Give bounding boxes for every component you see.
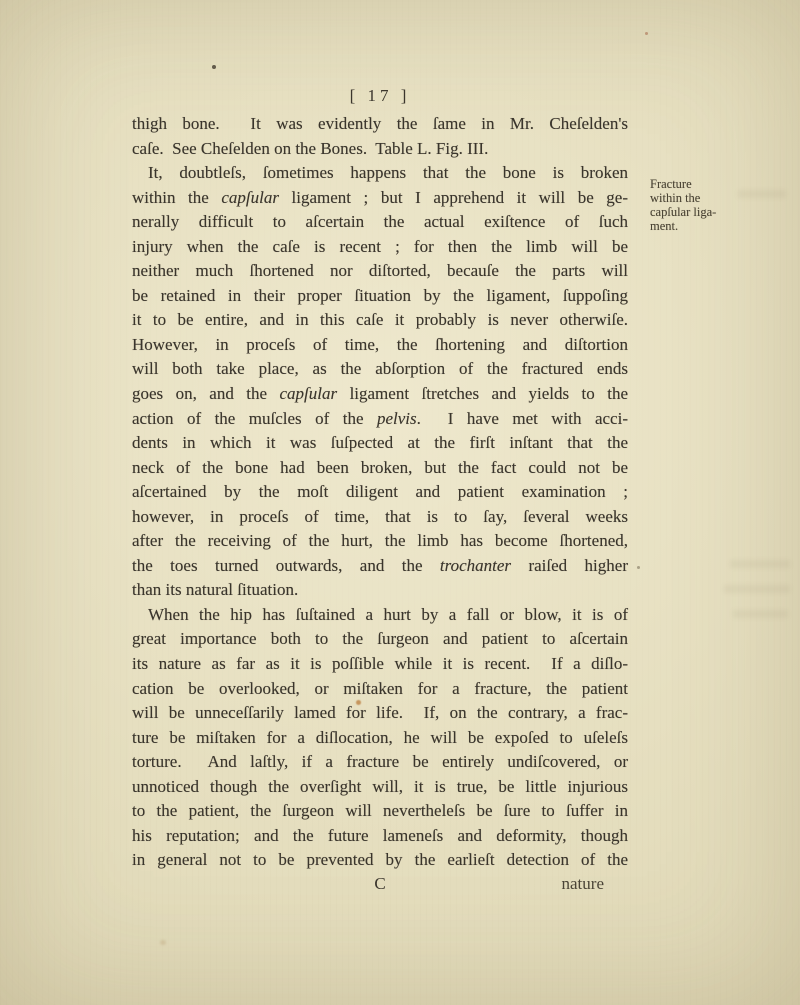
text-segment: it to be entire, and in this caſe it pro… bbox=[132, 310, 628, 329]
text-line: than its natural ſituation. bbox=[132, 578, 628, 603]
text-segment: action of the muſcles of the bbox=[132, 409, 377, 428]
text-segment: within the bbox=[132, 188, 221, 207]
text-line: to the patient, the ſurgeon will neverth… bbox=[132, 799, 628, 824]
text-line: thigh bone. It was evidently the ſame in… bbox=[132, 112, 628, 137]
text-line: it to be entire, and in this caſe it pro… bbox=[132, 308, 628, 333]
text-segment: neither much ſhortened nor diſtorted, be… bbox=[132, 261, 628, 280]
italic-text: pelvis bbox=[377, 409, 417, 428]
text-segment: dents in which it was ſuſpected at the f… bbox=[132, 433, 628, 452]
text-segment: neck of the bone had been broken, but th… bbox=[132, 458, 628, 477]
show-through-smudge bbox=[730, 560, 790, 568]
text-segment: When the hip has ſuſtained a hurt by a f… bbox=[148, 605, 628, 624]
foxing-spot bbox=[645, 32, 648, 35]
text-line: after the receiving of the hurt, the lim… bbox=[132, 529, 628, 554]
text-segment: the toes turned outwards, and the bbox=[132, 556, 440, 575]
text-segment: goes on, and the bbox=[132, 384, 280, 403]
text-line: the toes turned outwards, and the trocha… bbox=[132, 554, 628, 579]
text-line: will both take place, as the abſorption … bbox=[132, 357, 628, 382]
text-segment: aſcertained by the moſt diligent and pat… bbox=[132, 482, 628, 501]
text-line: ture be miſtaken for a diſlocation, he w… bbox=[132, 726, 628, 751]
text-line: be retained in their proper ſituation by… bbox=[132, 284, 628, 309]
text-line: aſcertained by the moſt diligent and pat… bbox=[132, 480, 628, 505]
text-line: neither much ſhortened nor diſtorted, be… bbox=[132, 259, 628, 284]
text-line: his reputation; and the future lameneſs … bbox=[132, 824, 628, 849]
text-segment: torture. And laſtly, if a fracture be en… bbox=[132, 752, 628, 771]
margin-note-line: Fracture bbox=[650, 177, 768, 191]
show-through-smudge bbox=[738, 190, 786, 198]
text-segment: ture be miſtaken for a diſlocation, he w… bbox=[132, 728, 628, 747]
margin-note: Fracturewithin thecapſular liga-ment. bbox=[650, 177, 768, 233]
show-through-smudge bbox=[733, 610, 788, 618]
text-segment: ligament ; but I apprehend it will be ge… bbox=[279, 188, 628, 207]
text-line: goes on, and the capſular ligament ſtret… bbox=[132, 382, 628, 407]
text-segment: in general not to be prevented by the ea… bbox=[132, 850, 628, 869]
text-segment: unnoticed though the overſight will, it … bbox=[132, 777, 628, 796]
text-line: caſe. See Cheſelden on the Bones. Table … bbox=[132, 137, 628, 162]
page-number: [ 17 ] bbox=[132, 86, 628, 106]
text-segment: however, in proceſs of time, that is to … bbox=[132, 507, 628, 526]
margin-note-line: capſular liga- bbox=[650, 205, 768, 219]
ink-speck bbox=[212, 65, 216, 69]
text-line: It, doubtleſs, ſometimes happens that th… bbox=[132, 161, 628, 186]
show-through-smudge bbox=[724, 585, 790, 593]
text-segment: caſe. See Cheſelden on the Bones. Table … bbox=[132, 139, 488, 158]
text-segment: However, in proceſs of time, the ſhorten… bbox=[132, 335, 628, 354]
foxing-spot bbox=[160, 940, 166, 945]
text-segment: injury when the caſe is recent ; for the… bbox=[132, 237, 628, 256]
text-segment: after the receiving of the hurt, the lim… bbox=[132, 531, 628, 550]
text-segment: will both take place, as the abſorption … bbox=[132, 359, 628, 378]
text-segment: It, doubtleſs, ſometimes happens that th… bbox=[148, 163, 628, 182]
text-segment: cation be overlooked, or miſtaken for a … bbox=[132, 679, 628, 698]
text-segment: be retained in their proper ſituation by… bbox=[132, 286, 628, 305]
text-line: action of the muſcles of the pelvis. I h… bbox=[132, 407, 628, 432]
text-segment: . I have met with acci- bbox=[417, 409, 628, 428]
foxing-spot bbox=[356, 700, 361, 705]
italic-text: capſular bbox=[280, 384, 338, 403]
text-line: in general not to be prevented by the ea… bbox=[132, 848, 628, 873]
text-segment: than its natural ſituation. bbox=[132, 580, 298, 599]
signature-mark: C bbox=[132, 871, 628, 896]
text-segment: his reputation; and the future lameneſs … bbox=[132, 826, 628, 845]
text-line: dents in which it was ſuſpected at the f… bbox=[132, 431, 628, 456]
text-segment: great importance both to the ſurgeon and… bbox=[132, 629, 628, 648]
text-line: great importance both to the ſurgeon and… bbox=[132, 627, 628, 652]
text-line: however, in proceſs of time, that is to … bbox=[132, 505, 628, 530]
text-line: will be unneceſſarily lamed for life. If… bbox=[132, 701, 628, 726]
text-line: torture. And laſtly, if a fracture be en… bbox=[132, 750, 628, 775]
text-segment: thigh bone. It was evidently the ſame in… bbox=[132, 114, 628, 133]
text-line: within the capſular ligament ; but I app… bbox=[132, 186, 628, 211]
ink-speck bbox=[637, 566, 640, 569]
text-line: nerally difficult to aſcertain the actua… bbox=[132, 210, 628, 235]
signature-line: C nature bbox=[132, 871, 628, 896]
text-segment: its nature as far as it is poſſible whil… bbox=[132, 654, 628, 673]
catchword: nature bbox=[562, 871, 604, 896]
text-line: unnoticed though the overſight will, it … bbox=[132, 775, 628, 800]
text-line: cation be overlooked, or miſtaken for a … bbox=[132, 677, 628, 702]
text-line: its nature as far as it is poſſible whil… bbox=[132, 652, 628, 677]
text-line: injury when the caſe is recent ; for the… bbox=[132, 235, 628, 260]
body-text: thigh bone. It was evidently the ſame in… bbox=[132, 112, 628, 873]
italic-text: capſular bbox=[221, 188, 279, 207]
text-segment: nerally difficult to aſcertain the actua… bbox=[132, 212, 628, 231]
text-line: However, in proceſs of time, the ſhorten… bbox=[132, 333, 628, 358]
italic-text: trochanter bbox=[440, 556, 511, 575]
text-line: When the hip has ſuſtained a hurt by a f… bbox=[132, 603, 628, 628]
text-segment: to the patient, the ſurgeon will neverth… bbox=[132, 801, 628, 820]
scanned-book-page: [ 17 ] thigh bone. It was evidently the … bbox=[0, 0, 800, 1005]
text-segment: raiſed higher bbox=[511, 556, 628, 575]
margin-note-line: ment. bbox=[650, 219, 768, 233]
text-segment: ligament ſtretches and yields to the bbox=[337, 384, 628, 403]
text-segment: will be unneceſſarily lamed for life. If… bbox=[132, 703, 628, 722]
text-line: neck of the bone had been broken, but th… bbox=[132, 456, 628, 481]
